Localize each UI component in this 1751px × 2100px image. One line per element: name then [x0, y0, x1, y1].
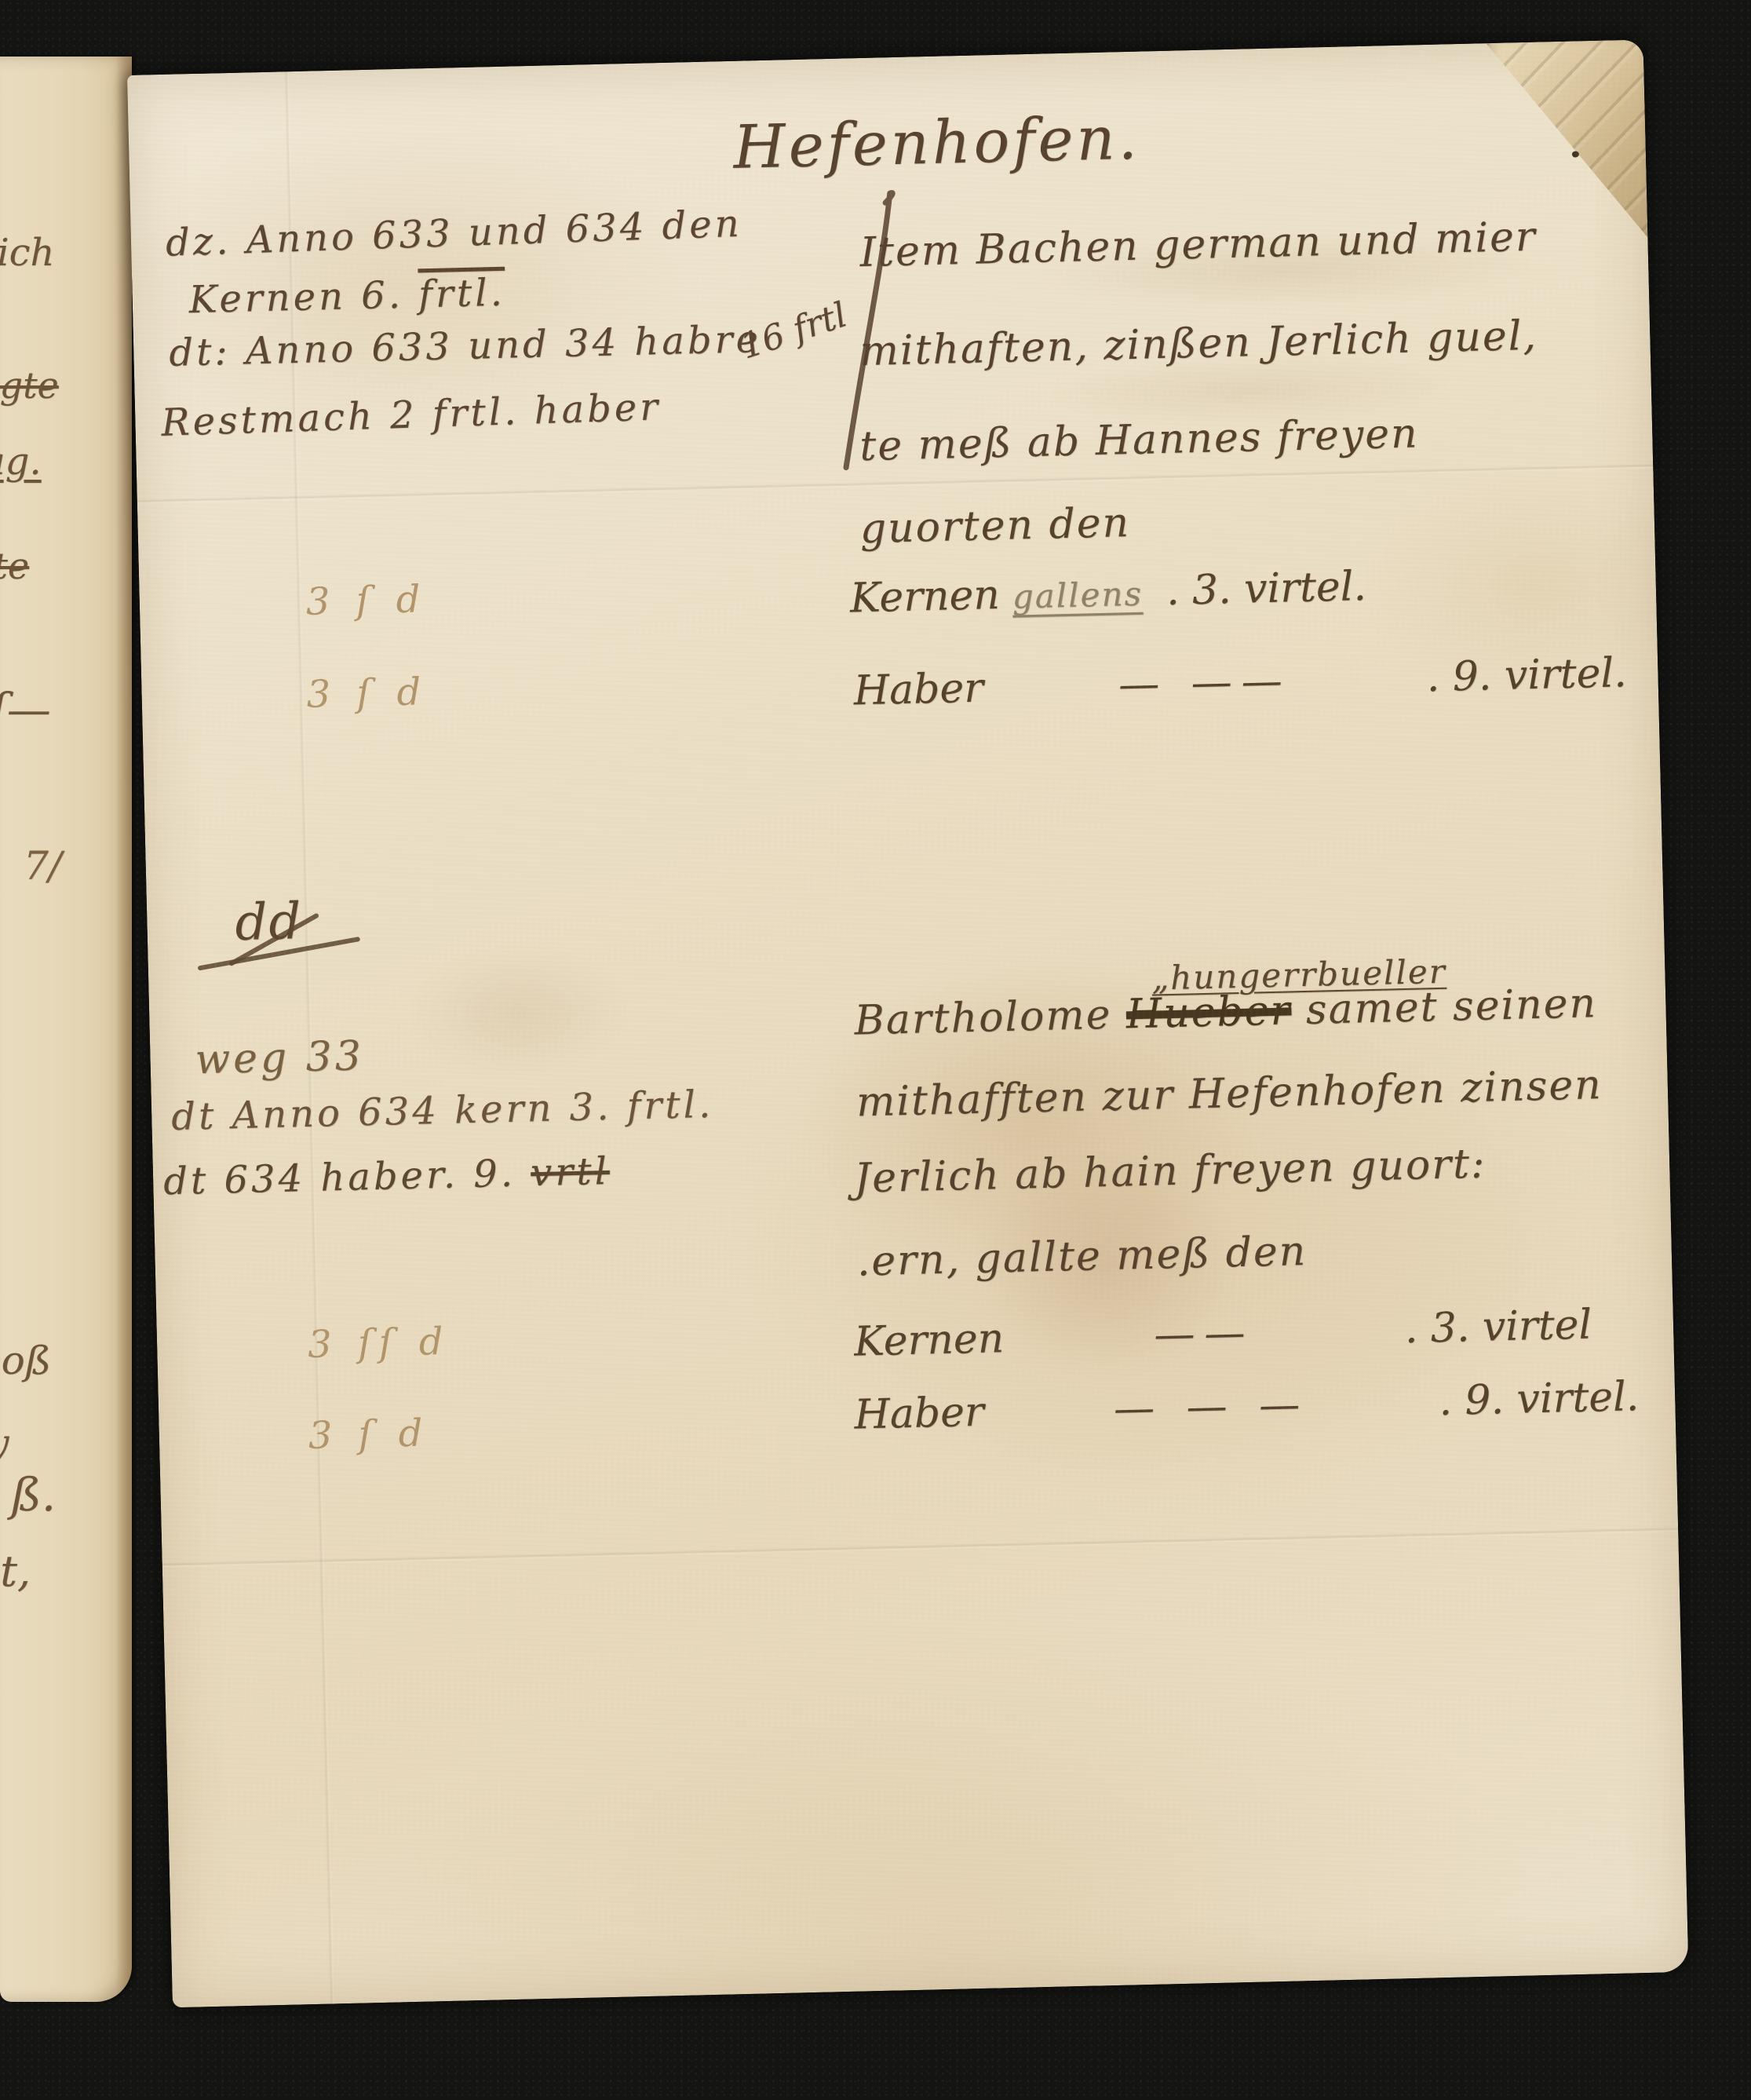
manuscript-page: Hefenhofen. dz. Anno 633 und 634 den Ker…: [127, 39, 1688, 2007]
amount-row: Kernen —— . 3. virtel: [854, 1301, 1592, 1365]
prev-page-fragment: ugte: [0, 364, 59, 407]
amount-label: Kernen: [849, 572, 1000, 622]
page-title: Hefenhofen.: [732, 105, 1140, 181]
margin-tally: 3 ſ d: [305, 579, 428, 623]
prev-page-fragment: eoß: [0, 1338, 51, 1383]
entry-body-line: Bartholome: [854, 991, 1127, 1044]
amount-dash-fill: — — —: [983, 1378, 1439, 1436]
amount-row: Haber — — — . 9. virtel.: [854, 1373, 1640, 1439]
entry-body-line: mithaften, zinßen Jerlich guel,: [859, 314, 1538, 375]
amount-label: Kernen: [854, 1315, 1005, 1365]
amount-row: Kernen gallens . 3. virtel.: [849, 563, 1366, 622]
entry-body-line: mithafften zur Hefenhofen zinsen: [855, 1063, 1603, 1126]
prev-page-fragment: 7/: [24, 843, 62, 889]
ledger-note: Kernen 6.: [188, 272, 419, 322]
entry-body-line: guorten den: [859, 501, 1130, 552]
amount-label: Haber: [853, 665, 984, 715]
prev-page-fragment: ſ—: [0, 685, 51, 736]
prev-page-fragment: ß.: [11, 1468, 56, 1521]
ledger-note: weg 33: [195, 1034, 365, 1083]
paper-crease: [162, 1527, 1679, 1569]
amount-dash-fill: ——: [1003, 1306, 1405, 1362]
entry-body-line: samet seinen: [1291, 980, 1598, 1034]
folded-corner: [1487, 39, 1648, 241]
prev-page-fragment: ey: [0, 1421, 9, 1465]
amount-label: Haber: [854, 1389, 985, 1439]
prev-page-fragment: ate: [0, 545, 29, 587]
amount-insertion: gallens: [1012, 575, 1143, 616]
photo-background: rlich ugte ag. ate ſ— 7/ eoß ey ß. at, H…: [0, 0, 1751, 2100]
margin-tally: 3 ſ d: [308, 1412, 430, 1456]
ledger-note: dt: Anno 633 und 34 habre: [169, 319, 762, 374]
prev-page-fragment: at,: [0, 1547, 31, 1596]
amount-value: . 9. virtel.: [1439, 1373, 1640, 1425]
ledger-note: Restmach 2 frtl. haber: [161, 386, 662, 444]
ledger-note: dz. Anno 633 und 634 den: [165, 203, 742, 265]
entry-body-line: .ern, gallte meß den: [856, 1229, 1308, 1285]
prev-page-fragment: rlich: [0, 231, 54, 275]
amount-value: . 3. virtel: [1404, 1301, 1592, 1353]
ledger-note-abbrev: frtl.: [418, 271, 505, 317]
prev-page-fragment: ag.: [0, 440, 42, 484]
ink-speck: [1572, 151, 1579, 157]
entry-body-line: Item Bachen german und mier: [859, 215, 1537, 276]
margin-tally: 3 ſ d: [306, 671, 429, 715]
ledger-note: dt Anno 634 kern 3. frtl.: [171, 1084, 714, 1138]
margin-tally: 3 ſſ d: [308, 1321, 451, 1366]
amount-value: . 3. virtel.: [1166, 563, 1366, 615]
entry-body-line: te meß ab Hannes freyen: [859, 411, 1419, 469]
entry-body-line: Jerlich ab hain freyen guort:: [854, 1142, 1487, 1202]
struck-name: Hueber: [1125, 987, 1292, 1038]
stain: [407, 943, 629, 1082]
amount-row: Haber — —— . 9. virtel.: [853, 649, 1627, 714]
previous-page-edge: rlich ugte ag. ate ſ— 7/ eoß ey ß. at,: [0, 57, 132, 2002]
ledger-note: dt 634 haber. 9.: [163, 1151, 531, 1203]
ledger-note-struck: vrtl: [530, 1149, 610, 1195]
amount-value: . 9. virtel.: [1426, 649, 1627, 701]
amount-dash-fill: — ——: [983, 654, 1427, 711]
